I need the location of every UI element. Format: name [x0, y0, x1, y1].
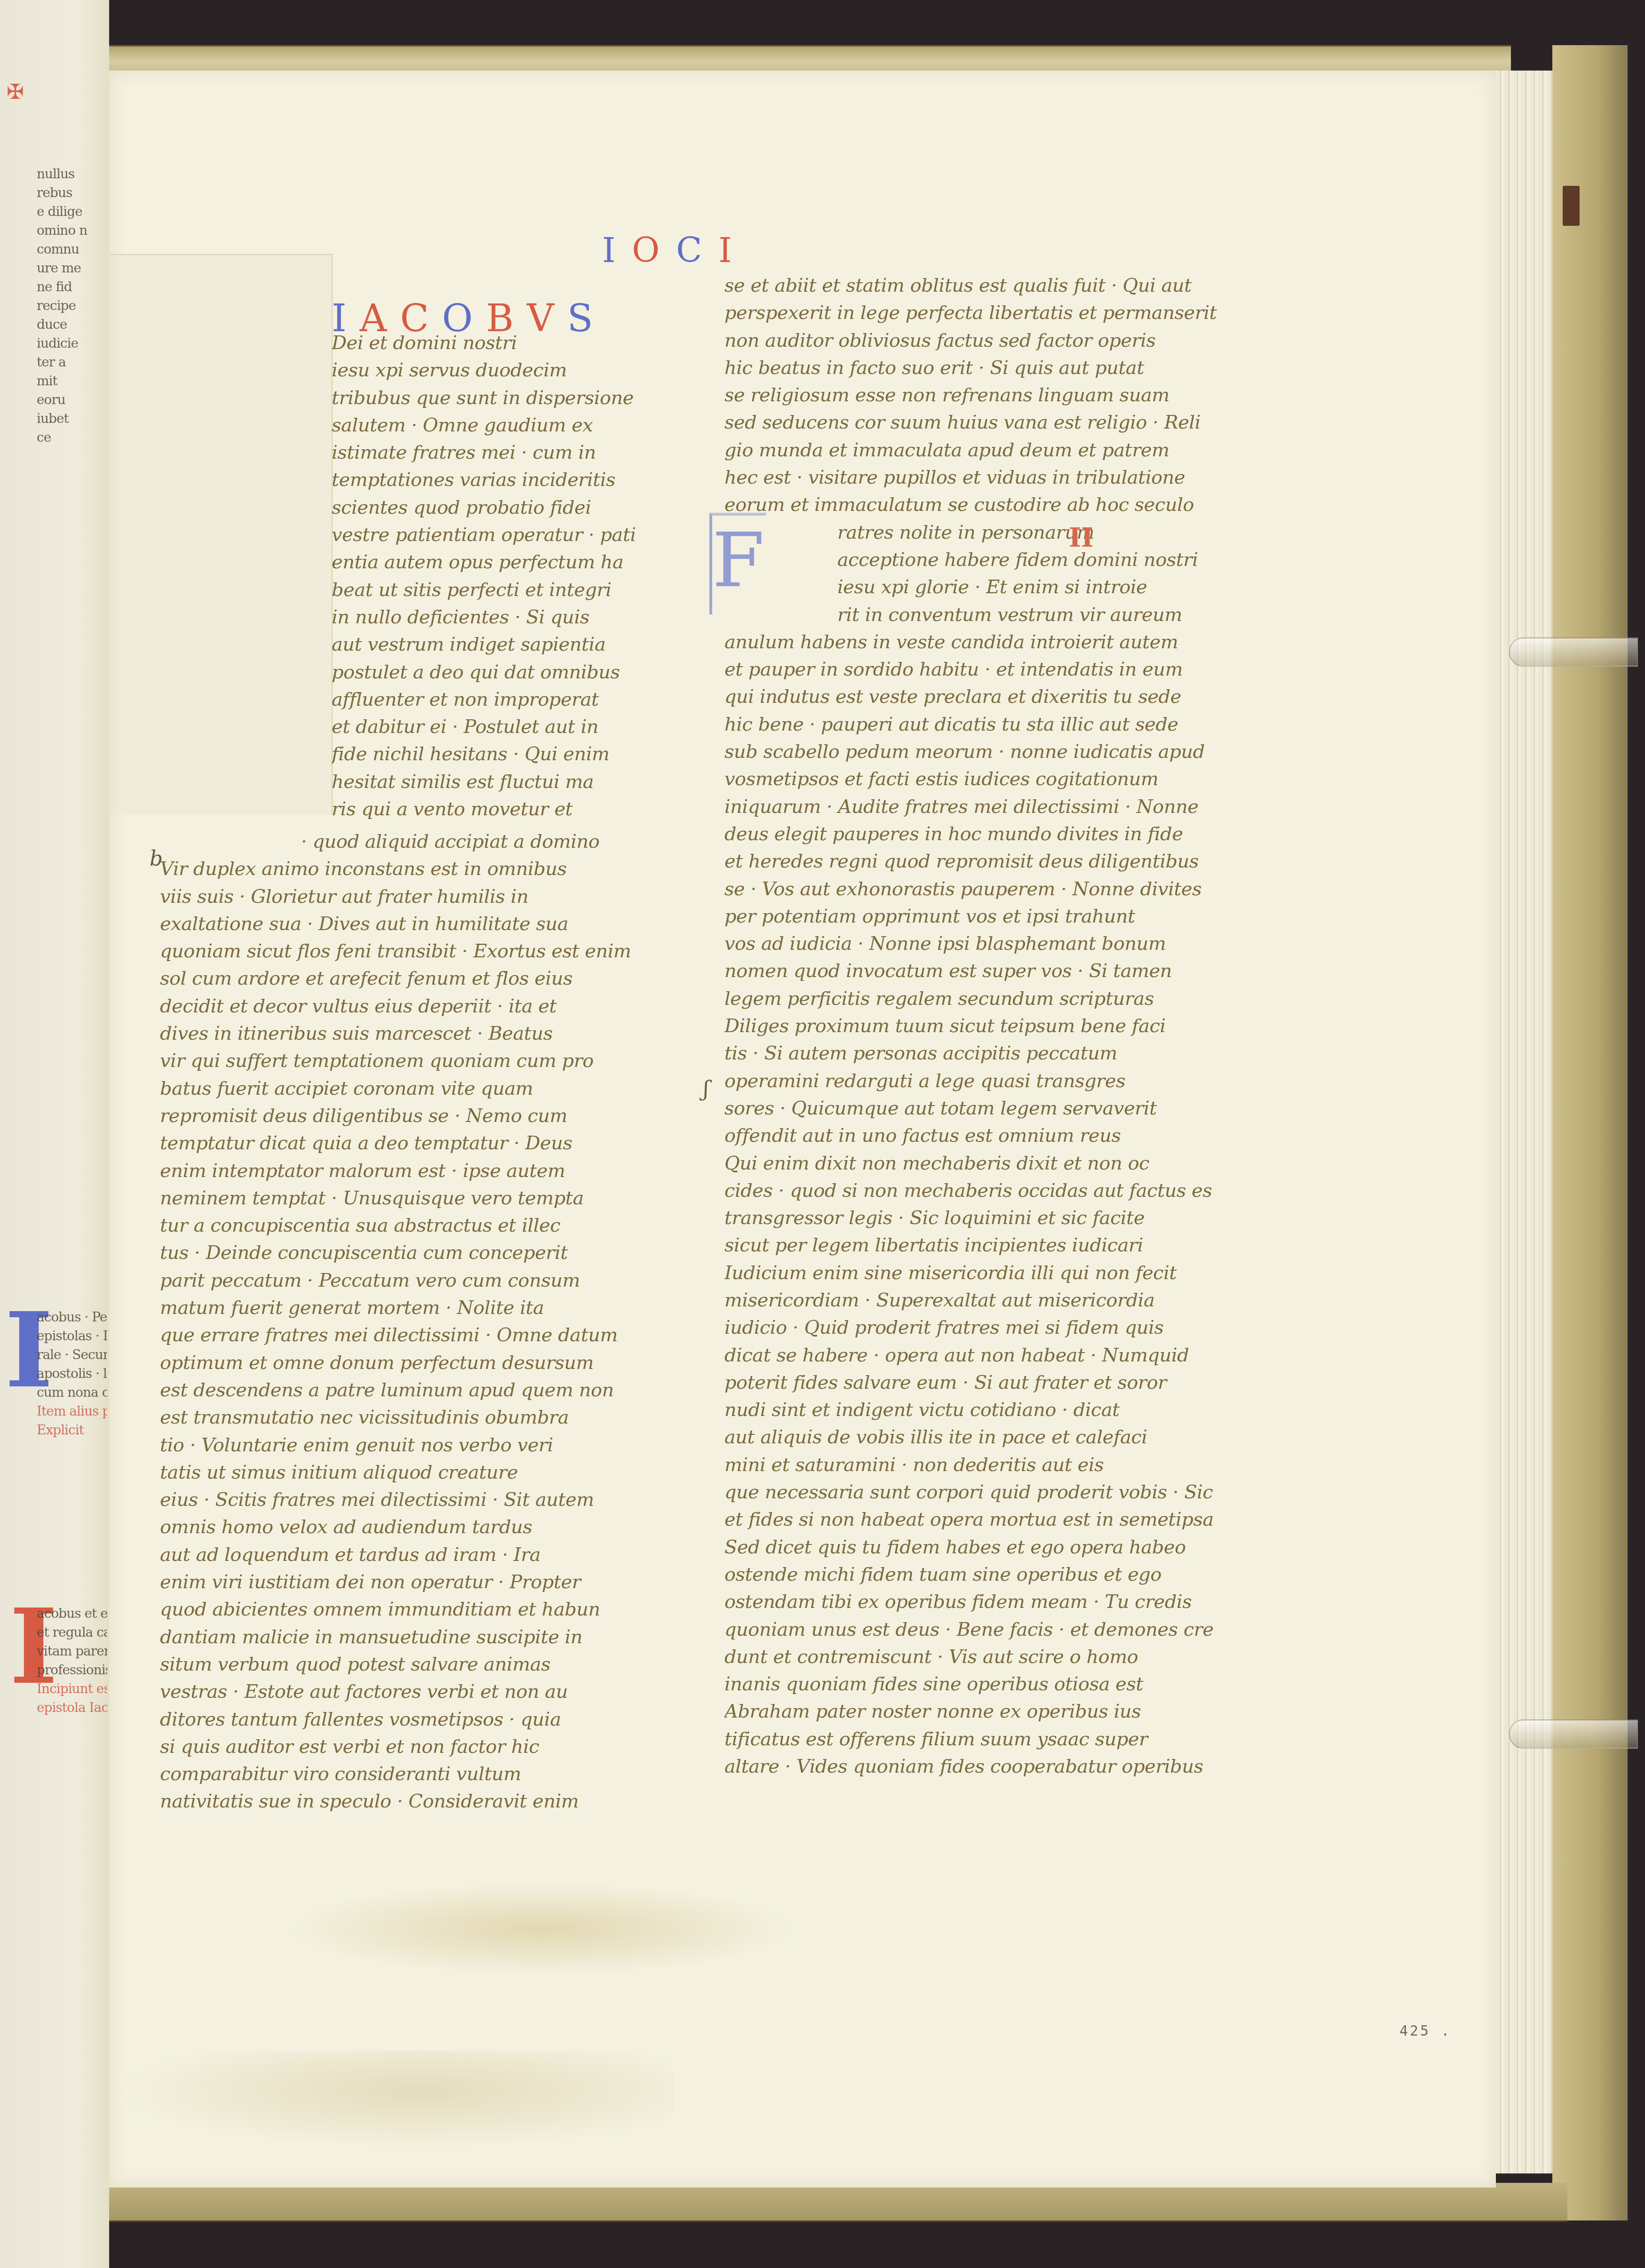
binding-right-edge [1552, 45, 1628, 2220]
column-a-lower-text: · quod aliquid accipiat a domino Vir dup… [160, 828, 659, 1815]
water-stain [282, 1882, 800, 1976]
left-page-text-top: nullus rebus e dilige omino n comnu ure … [37, 165, 107, 447]
water-stain-lower [109, 2051, 674, 2150]
column-a-upper-text: Dei et domini nostri iesu xpi servus duo… [332, 329, 661, 823]
glass-weight-rod-lower [1509, 1719, 1638, 1749]
initial-i-blue: I [5, 1298, 33, 1402]
pasted-leaf-edge [111, 254, 333, 815]
marginal-note-a: b [150, 847, 163, 871]
left-page-text-low: acobus et eccle et regula catholica vita… [37, 1604, 107, 1717]
page-fore-edge [1496, 71, 1552, 2173]
leather-tab-icon [1563, 186, 1580, 226]
chapter-number: II [1069, 522, 1093, 553]
cross-mark-icon: ✠ [7, 80, 24, 104]
folio-number: 425 . [1399, 2023, 1451, 2039]
left-page-edge: ✠ nullus rebus e dilige omino n comnu ur… [0, 0, 109, 2268]
initial-i-red: I [9, 1595, 38, 1698]
left-page-text-mid: acobus · Petrus Iohannes epistolas · Lib… [37, 1308, 107, 1440]
initial-f-blue: F [709, 513, 766, 614]
marginal-note-b: ʃ [703, 1077, 709, 1101]
binding-bottom-edge [109, 2183, 1567, 2222]
glass-weight-rod-upper [1509, 637, 1638, 667]
column-b-text: se et abiit et statim oblitus est qualis… [724, 272, 1256, 1780]
running-header: I O C I [602, 231, 735, 270]
